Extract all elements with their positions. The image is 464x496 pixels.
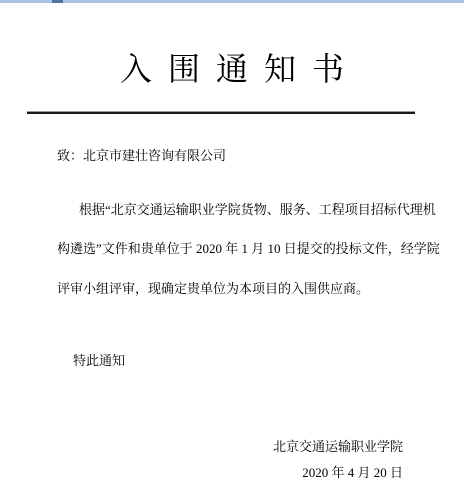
- body-paragraph-line-2: 构遴选”文件和贵单位于 2020 年 1 月 10 日提交的投标文件，经学院: [57, 240, 440, 257]
- body-paragraph-line-1: 根据“北京交通运输职业学院货物、服务、工程项目招标代理机: [79, 201, 436, 218]
- signature-date: 2020 年 4 月 20 日: [302, 464, 403, 481]
- signature-organization: 北京交通运输职业学院: [273, 438, 403, 455]
- horizontal-scrollbar-thumb[interactable]: [52, 0, 63, 3]
- body-paragraph-line-3: 评审小组评审，现确定贵单位为本项目的入围供应商。: [57, 280, 369, 297]
- title-divider-line: [27, 112, 415, 114]
- salutation-line: 致：北京市建壮咨询有限公司: [57, 147, 226, 164]
- document-page: 入 围 通 知 书 致：北京市建壮咨询有限公司 根据“北京交通运输职业学院货物、…: [0, 0, 464, 496]
- horizontal-scrollbar-track[interactable]: [0, 0, 464, 3]
- closing-line: 特此通知: [73, 352, 125, 369]
- document-title: 入 围 通 知 书: [0, 44, 464, 90]
